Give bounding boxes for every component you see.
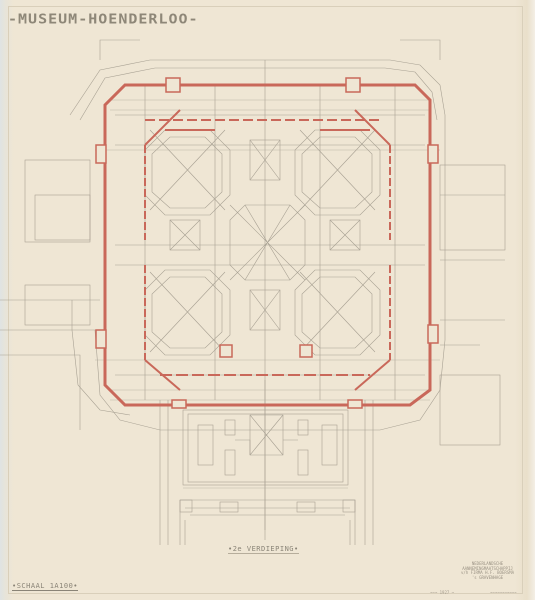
- signature-right: ~~~~~~~~~~~: [490, 590, 517, 595]
- stamp-line: 's GRAVENHAGE: [440, 576, 535, 581]
- contractor-stamp: NEDERLANDSCHE AANNEMINGMAATSCHAPPIJ v/h …: [440, 562, 535, 580]
- scale-label: •SCHAAL 1A100•: [12, 582, 78, 591]
- floor-label: •2e VERDIEPING•: [228, 545, 299, 554]
- floor-plan: [0, 0, 535, 600]
- signature-left: ~~~ 1927 ~: [430, 590, 454, 595]
- drawing-sheet: -MUSEUM-HOENDERLOO-: [0, 0, 535, 600]
